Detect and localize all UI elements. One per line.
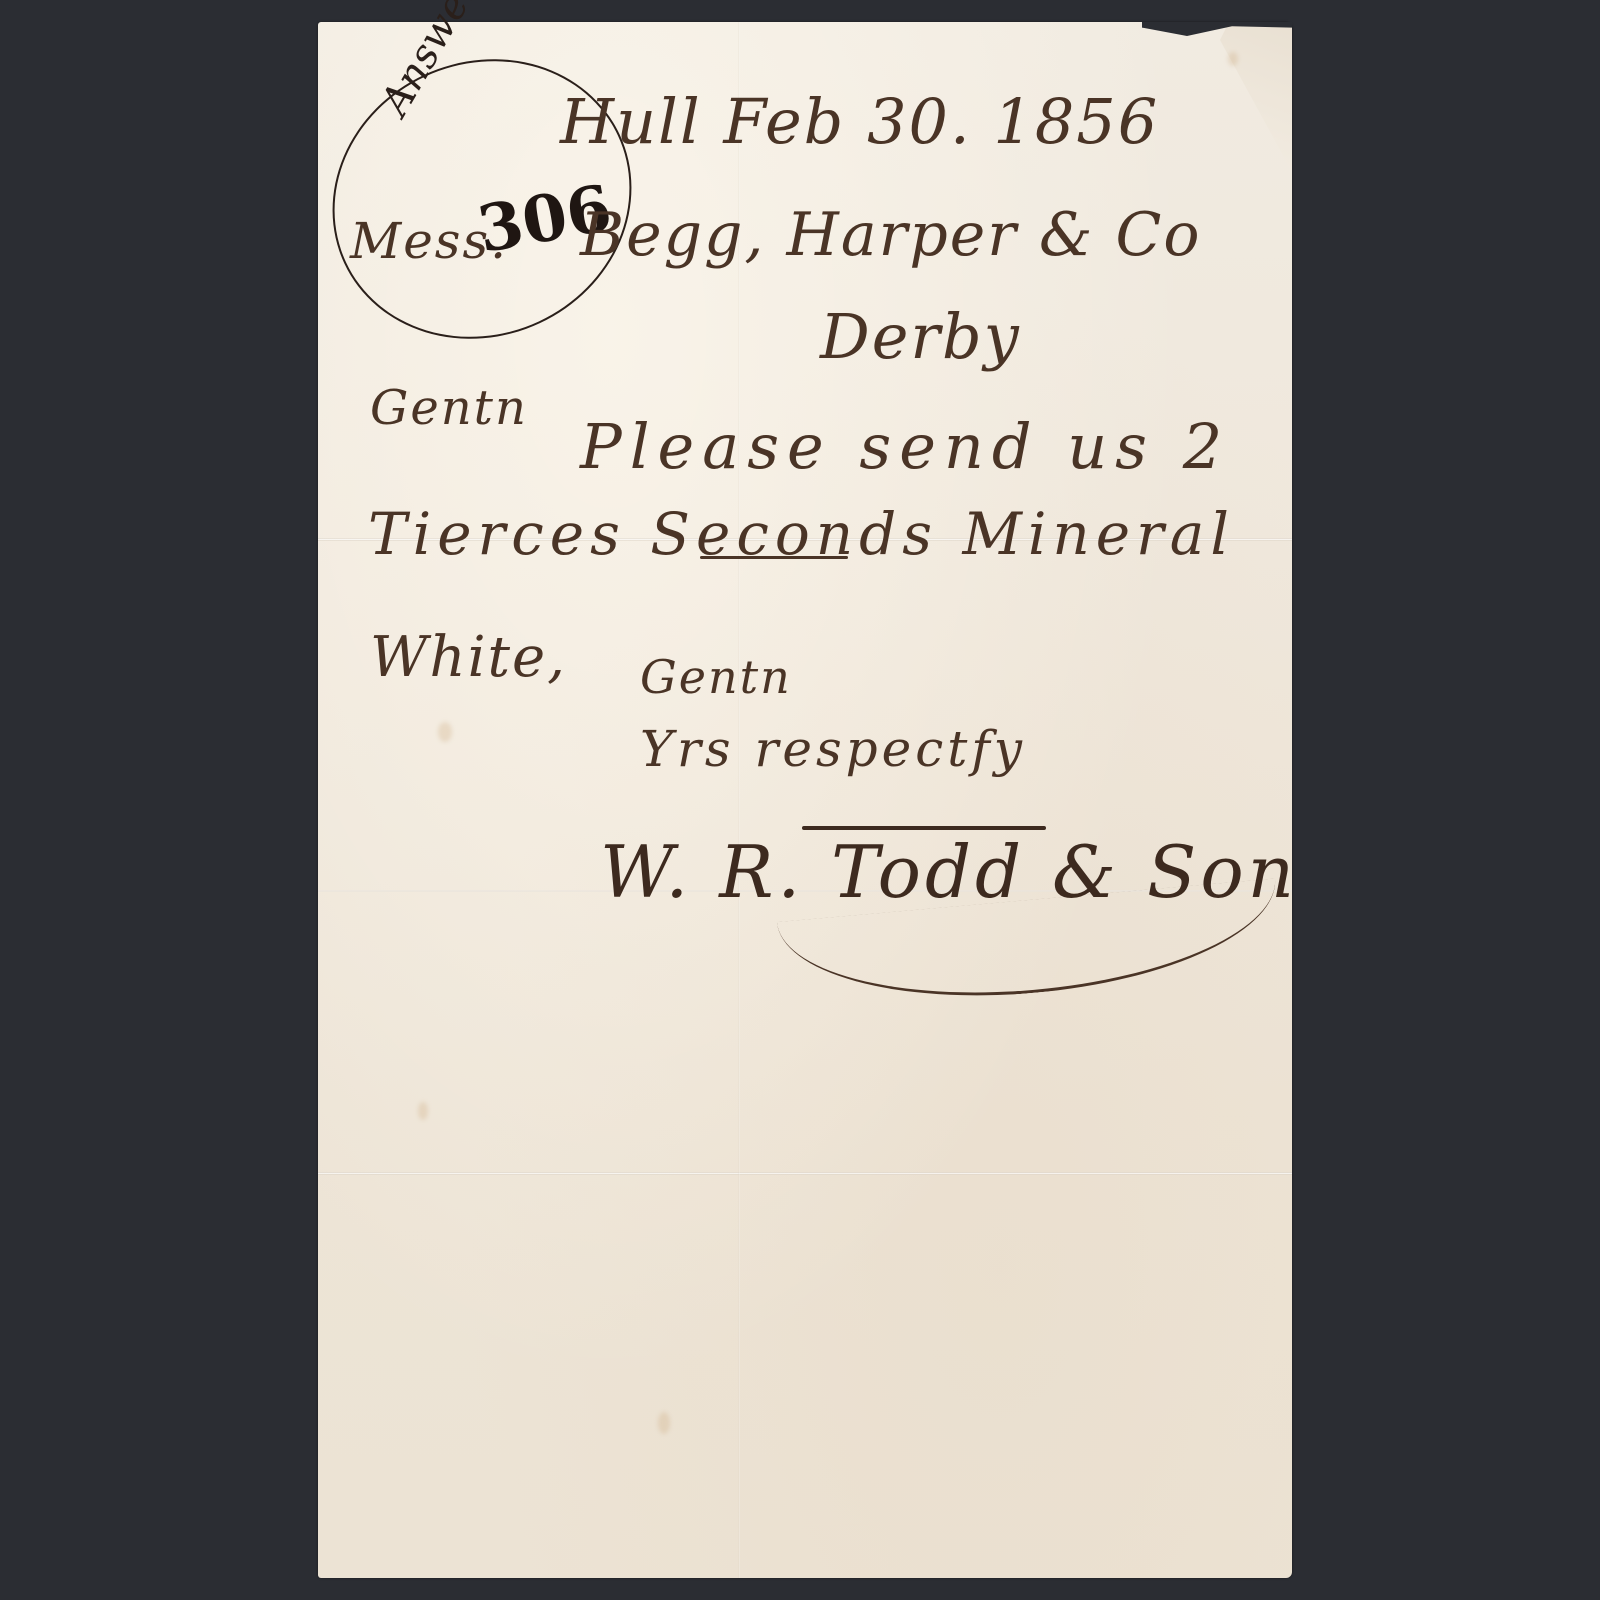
foxing-stain	[1228, 52, 1238, 66]
underline-seconds	[700, 556, 848, 559]
body-line-3: White,	[370, 625, 567, 690]
folded-corner	[1202, 22, 1292, 172]
body-line-1: Please send us 2	[580, 410, 1230, 483]
dateline: Hull Feb 30. 1856	[560, 85, 1159, 158]
fold-crease	[318, 1172, 1292, 1175]
salutation-prefix: Mess.	[350, 212, 508, 270]
addressee-name: Begg, Harper & Co	[580, 200, 1202, 270]
salutation: Gentn	[370, 380, 528, 436]
closing-line-1: Gentn	[640, 650, 792, 704]
foxing-stain	[658, 1412, 670, 1434]
foxing-stain	[438, 722, 452, 742]
closing-line-2: Yrs respectfy	[640, 720, 1026, 778]
addressee-city: Derby	[820, 300, 1021, 373]
foxing-stain	[418, 1102, 428, 1120]
